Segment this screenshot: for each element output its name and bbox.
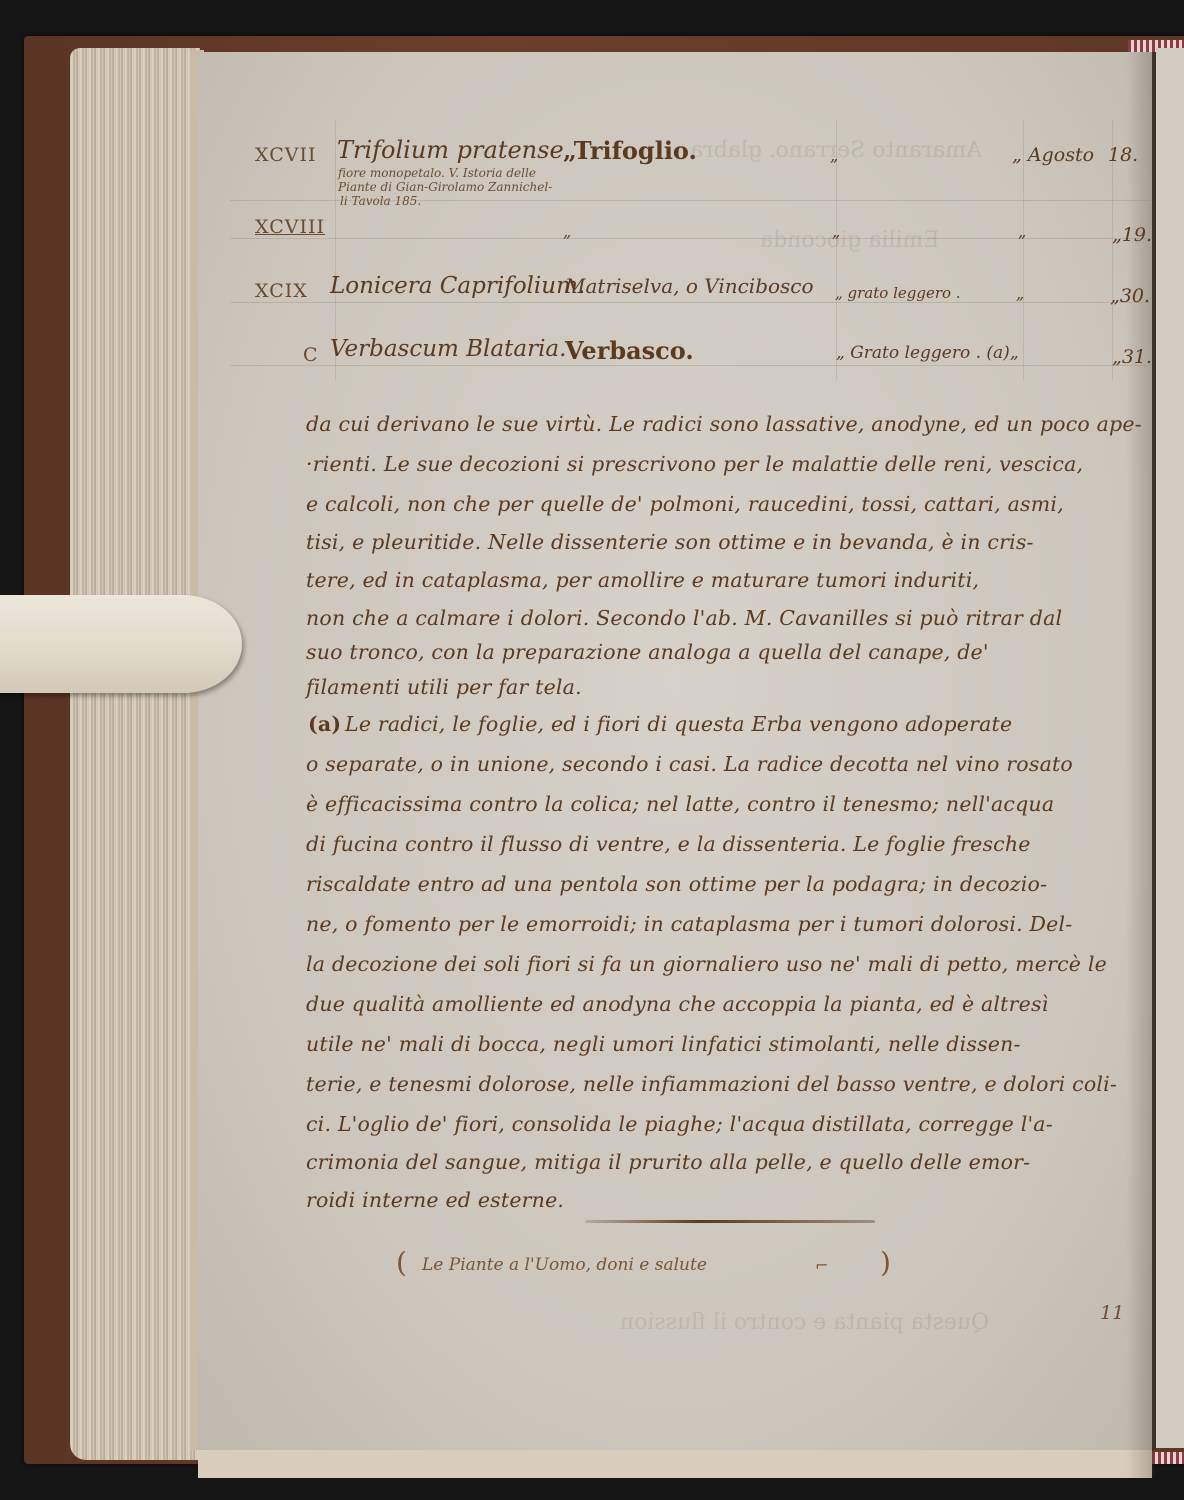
motto-tail-flourish: ⌐ [815,1256,828,1275]
footnote-marker: (a) [308,712,341,736]
entry-latin-name: Lonicera Caprifolium. [330,273,585,299]
body-text-line: tere, ed in cataplasma, per amollire e m… [306,568,979,592]
footnote-line: Le radici, le foglie, ed i fiori di ques… [345,712,1012,736]
ditto-mark: „ [563,222,571,241]
bleed-through-text: Emilia gioconda [760,228,939,253]
footnote-line: di fucina contro il flusso di ventre, e … [306,832,1031,856]
motto-open-paren: ( [396,1246,407,1279]
divider-flourish [585,1220,875,1223]
footnote-line: ci. L'oglio de' fiori, consolida le piag… [306,1112,1053,1136]
entry-latin-name: Verbascum Blataria. [330,336,566,362]
footnote-line: ne, o fomento per le emorroidi; in catap… [306,912,1072,936]
entry-odor: „ Grato leggero . (a)„ [836,343,1019,363]
body-text-line: filamenti utili per far tela. [306,675,582,699]
body-text-line: e calcoli, non che per quelle de' polmon… [306,492,1064,516]
ruling-line [230,302,1150,303]
footnote-line: è efficacissima contro la colica; nel la… [306,792,1054,816]
footnote-line: terie, e tenesmi dolorose, nelle infiamm… [306,1072,1117,1096]
entry-day: „30. [1110,285,1150,307]
footnote-line: utile ne' mali di bocca, negli umori lin… [306,1032,1021,1056]
footnote-line: la decozione dei soli fiori si fa un gio… [306,952,1107,976]
body-text-line: non che a calmare i dolori. Secondo l'ab… [306,606,1062,630]
entry-common-name: Verbasco. [565,336,694,365]
entry-latin-name: Trifolium pratense [337,136,564,164]
entry-common-name: Matriselva, o Vincibosco [565,274,814,298]
entry-note-line: fiore monopetalo. V. Istoria delle [338,166,536,181]
entry-month: „ Agosto [1012,144,1094,166]
motto-text: Le Piante a l'Uomo, doni e salute [422,1255,707,1275]
body-text-line: tisi, e pleuritide. Nelle dissenterie so… [306,530,1034,554]
footnote-line: riscaldate entro ad una pentola son otti… [306,872,1047,896]
footnote-line: crimonia del sangue, mitiga il prurito a… [306,1150,1030,1174]
entry-numeral: XCVIII [255,216,325,238]
bone-folder-bookmark [0,595,242,693]
ruling-line [230,365,1150,366]
entry-numeral: XCVII [255,144,316,166]
motto-close-paren: ) [880,1246,891,1279]
ruling-line [230,238,1150,239]
ditto-mark: „ [1016,284,1024,303]
body-text-line: ·rienti. Le sue decozioni si prescrivono… [306,452,1083,476]
entry-note-line: Piante di Gian-Girolamo Zannichel- [338,180,552,195]
footnote-line: o separate, o in unione, secondo i casi.… [306,752,1073,776]
footnote-line: roidi interne ed esterne. [306,1188,564,1212]
entry-common-name: „Trifoglio. [563,136,697,165]
body-text-line: suo tronco, con la preparazione analoga … [306,640,989,664]
ditto-mark: „ [832,222,840,241]
body-text-line: da cui derivano le sue virtù. Le radici … [306,412,1142,436]
ditto-mark: „ [830,146,838,165]
entry-note-line: li Tavola 185. [340,194,421,209]
ditto-mark: „ [1018,222,1026,241]
page-curve-shadow [1126,52,1154,1478]
entry-day: „31. [1112,346,1152,368]
entry-numeral: C [303,344,319,366]
entry-odor: „ grato leggero . [835,284,961,302]
entry-day: „19. [1112,224,1152,246]
footnote-line: due qualità amolliente ed anodyna che ac… [306,992,1048,1016]
gutter [1152,52,1156,1450]
folio-number: 11 [1100,1302,1124,1324]
bleed-through-text: Questa pianta e contro il flussion [620,1310,989,1335]
entry-numeral: XCIX [255,280,308,302]
facing-page-edge [1156,48,1184,1448]
page-edges [70,48,200,1460]
entry-day: 18. [1108,144,1138,166]
